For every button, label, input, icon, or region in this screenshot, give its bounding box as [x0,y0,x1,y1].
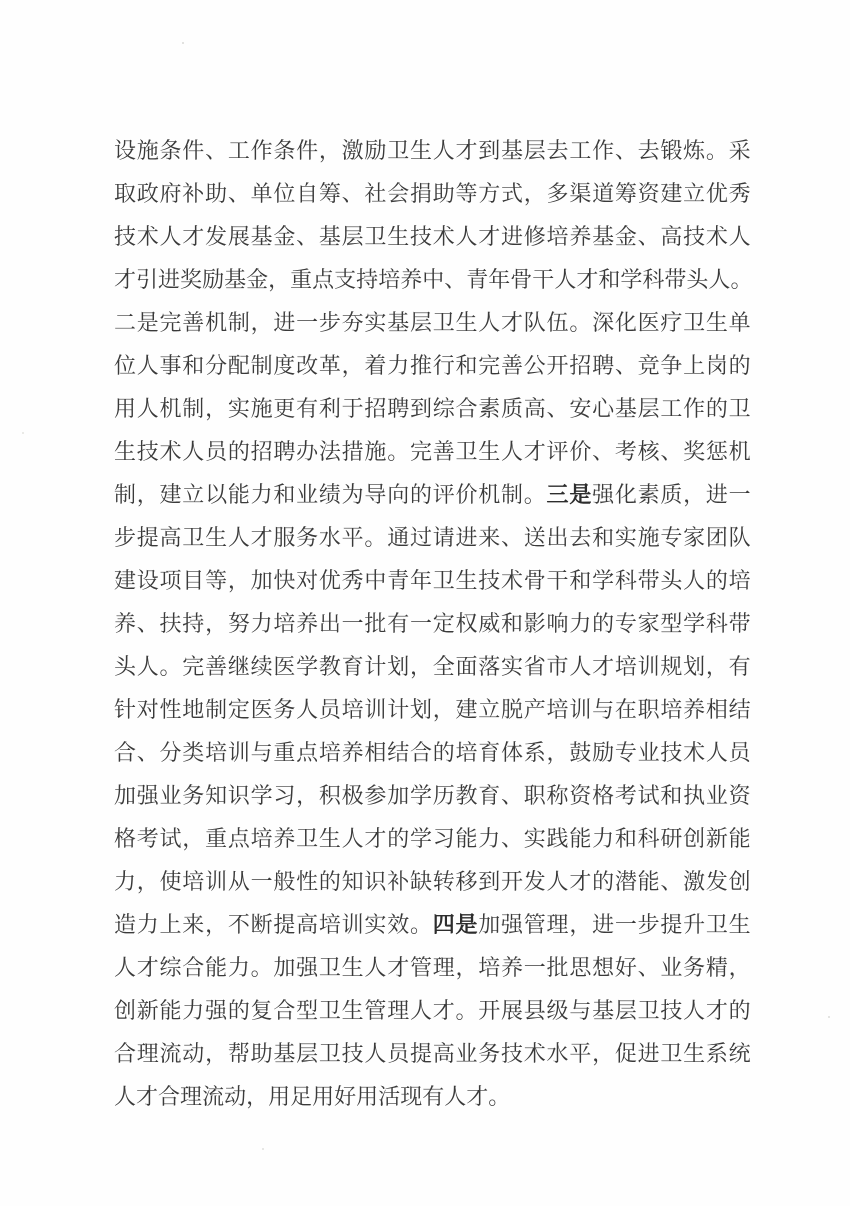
text-line: 加强业务知识学习，积极参加学历教育、职称资格考试和执业资 [114,774,751,817]
text-line: 力，使培训从一般性的知识补缺转移到开发人才的潜能、激发创 [114,860,751,903]
text-line: 取政府补助、单位自筹、社会捐助等方式，多渠道筹资建立优秀 [114,172,751,215]
text-line: 人才合理流动，用足用好用活现有人才。 [114,1075,751,1118]
text-line: 合、分类培训与重点培养相结合的培育体系，鼓励专业技术人员 [114,731,751,774]
document-page: 设施条件、工作条件，激励卫生人才到基层去工作、去锻炼。采取政府补助、单位自筹、社… [0,0,850,1206]
text-line: 格考试，重点培养卫生人才的学习能力、实践能力和科研创新能 [114,817,751,860]
scanned-document-screenshot: { "page": { "background": "#ffffff", "te… [0,0,850,1206]
text-line: 制，建立以能力和业绩为导向的评价机制。三是强化素质，进一 [114,473,751,516]
text-line: 人才综合能力。加强卫生人才管理，培养一批思想好、业务精， [114,946,751,989]
text-line: 步提高卫生人才服务水平。通过请进来、送出去和实施专家团队 [114,516,751,559]
text-line: 技术人才发展基金、基层卫生技术人才进修培养基金、高技术人 [114,215,751,258]
text-line: 二是完善机制，进一步夯实基层卫生人才队伍。深化医疗卫生单 [114,301,751,344]
text-line: 针对性地制定医务人员培训计划，建立脱产培训与在职培养相结 [114,688,751,731]
text-line: 创新能力强的复合型卫生管理人才。开展县级与基层卫技人才的 [114,989,751,1032]
text-line: 才引进奖励基金，重点支持培养中、青年骨干人才和学科带头人。 [114,258,751,301]
text-line: 建设项目等，加快对优秀中青年卫生技术骨干和学科带头人的培 [114,559,751,602]
text-line: 生技术人员的招聘办法措施。完善卫生人才评价、考核、奖惩机 [114,430,751,473]
text-line: 合理流动，帮助基层卫技人员提高业务技术水平，促进卫生系统 [114,1032,751,1075]
scan-noise-specks [182,42,184,44]
text-line: 养、扶持，努力培养出一批有一定权威和影响力的专家型学科带 [114,602,751,645]
text-line: 设施条件、工作条件，激励卫生人才到基层去工作、去锻炼。采 [114,129,751,172]
text-line: 造力上来，不断提高培训实效。四是加强管理，进一步提升卫生 [114,903,751,946]
text-line: 头人。完善继续医学教育计划，全面落实省市人才培训规划，有 [114,645,751,688]
text-line: 用人机制，实施更有利于招聘到综合素质高、安心基层工作的卫 [114,387,751,430]
text-block: 设施条件、工作条件，激励卫生人才到基层去工作、去锻炼。采取政府补助、单位自筹、社… [114,129,751,1118]
text-line: 位人事和分配制度改革，着力推行和完善公开招聘、竞争上岗的 [114,344,751,387]
